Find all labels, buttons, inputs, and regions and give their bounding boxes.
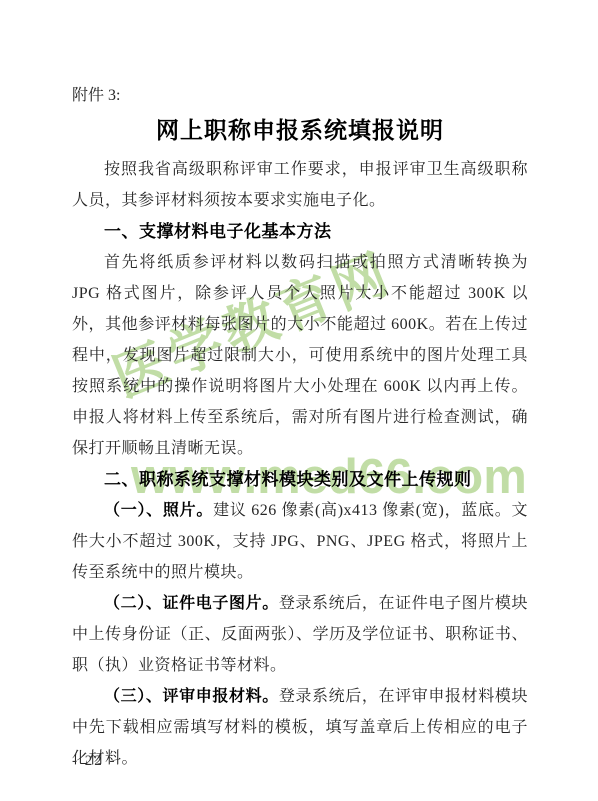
section2-heading: 二、职称系统支撑材料模块类别及文件上传规则	[72, 464, 528, 495]
document-page: 医学教育网 www.med66.com 附件 3: 网上职称申报系统填报说明 按…	[0, 0, 598, 801]
attachment-label: 附件 3:	[72, 86, 528, 106]
section2-item-photo-lead: （一）、照片。	[104, 502, 213, 519]
page-number: - 22 -	[72, 751, 117, 771]
section2-item-certificates: （二）、证件电子图片。登录系统后，在证件电子图片模块中上传身份证（正、反面两张）…	[72, 588, 528, 681]
section1-heading: 一、支撑材料电子化基本方法	[72, 216, 528, 247]
document-title: 网上职称申报系统填报说明	[72, 113, 528, 148]
document-content: 附件 3: 网上职称申报系统填报说明 按照我省高级职称评审工作要求，申报评审卫生…	[72, 86, 528, 774]
section2-item-photo: （一）、照片。建议 626 像素(高)x413 像素(宽)，蓝底。文件大小不超过…	[72, 495, 528, 588]
section2-item-certificates-lead: （二）、证件电子图片。	[104, 595, 279, 612]
intro-paragraph: 按照我省高级职称评审工作要求，申报评审卫生高级职称人员，其参评材料须按本要求实施…	[72, 154, 528, 216]
section1-body: 首先将纸质参评材料以数码扫描或拍照方式清晰转换为 JPG 格式图片，除参评人员个…	[72, 247, 528, 464]
section2-item-review-materials: （三）、评审申报材料。登录系统后，在评审申报材料模块中先下载相应需填写材料的模板…	[72, 681, 528, 774]
section2-item-review-materials-lead: （三）、评审申报材料。	[104, 688, 279, 705]
